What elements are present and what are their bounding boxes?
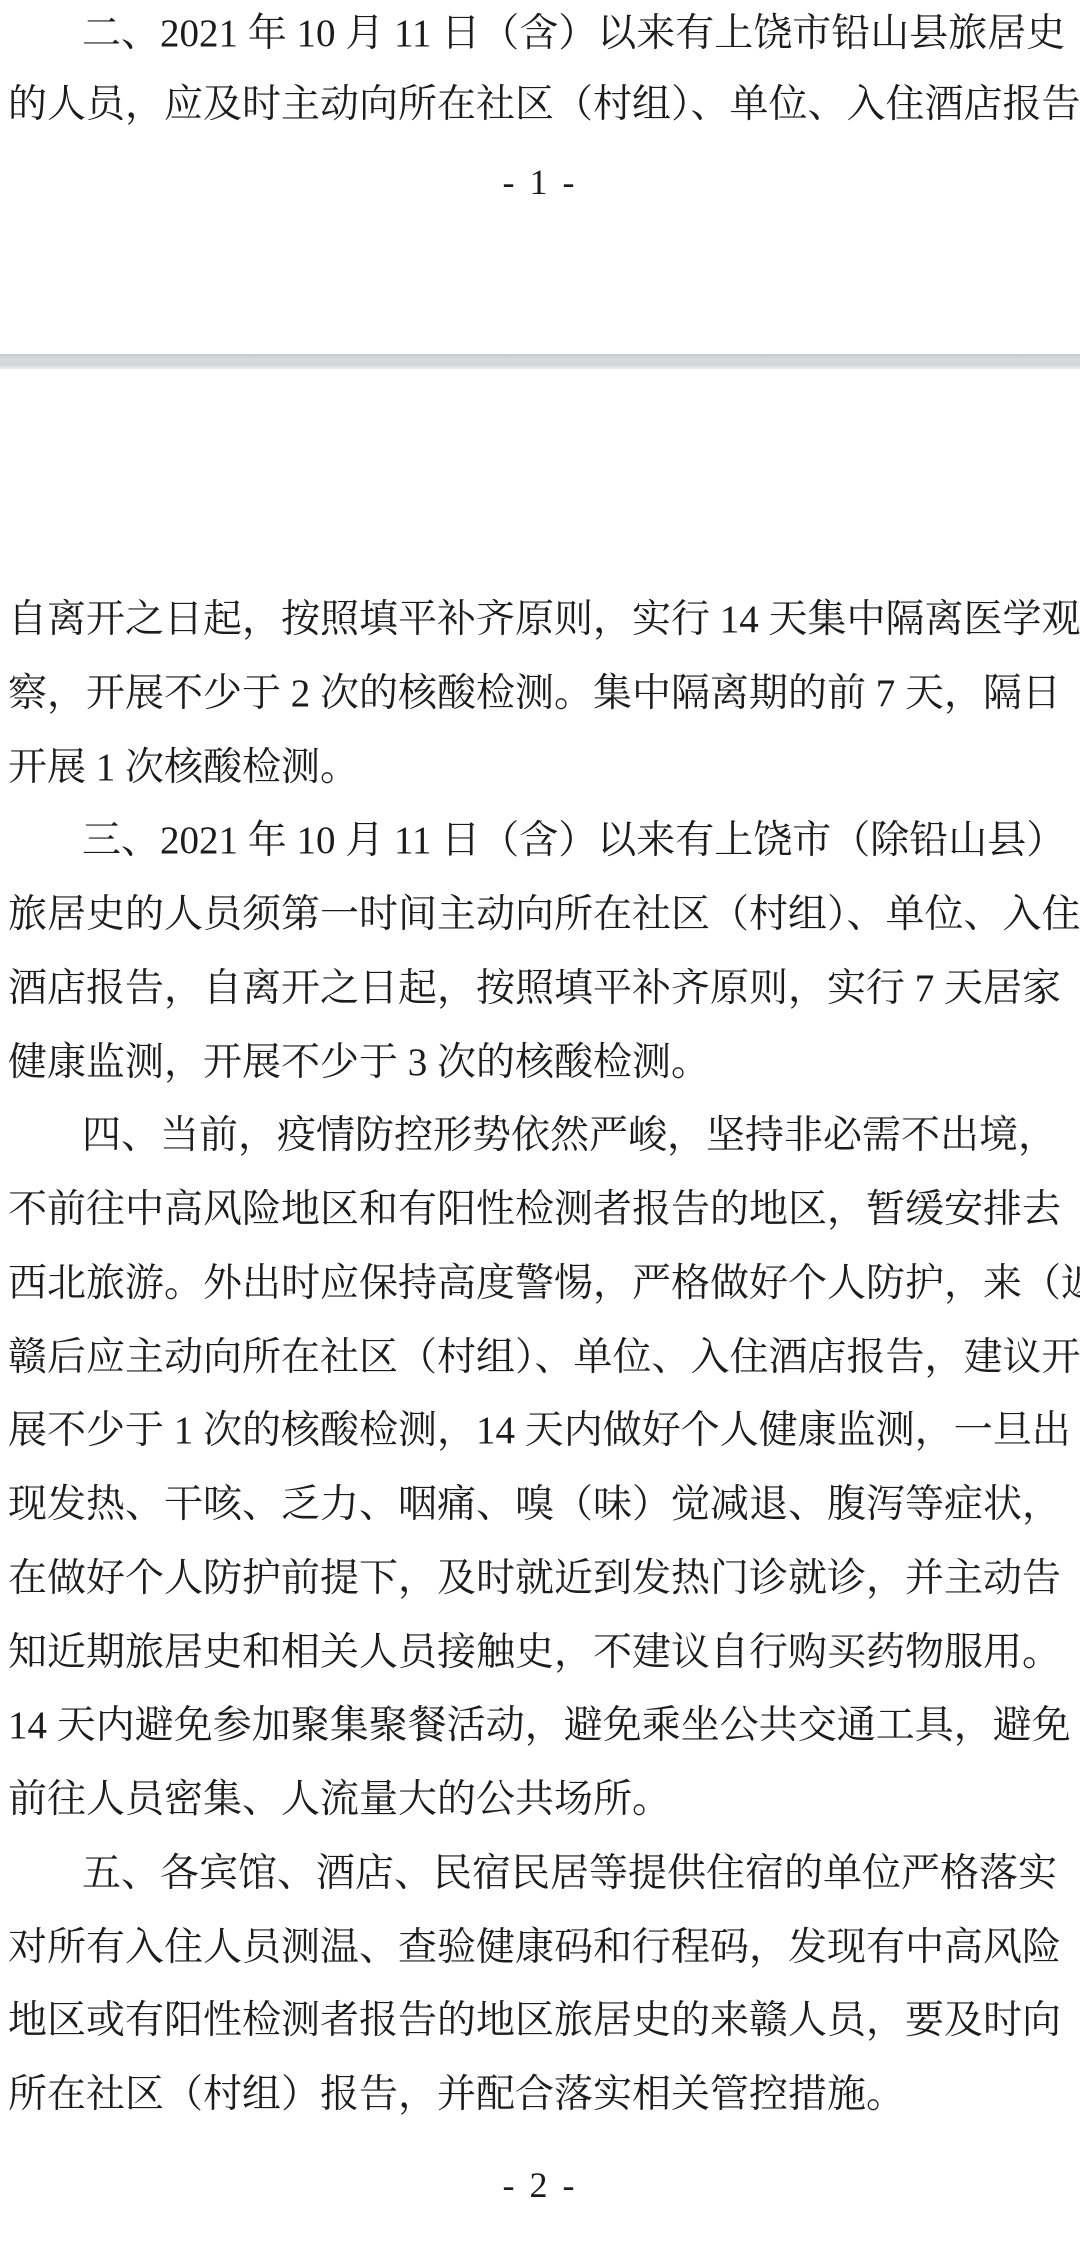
page-number-1: - 1 - — [0, 160, 1080, 204]
text-line: 健康监测，开展不少于 3 次的核酸检测。 — [8, 1026, 1048, 1100]
page1-text-block: 二、2021 年 10 月 11 日（含）以来有上饶市铅山县旅居史 的人员，应及… — [8, 0, 1048, 140]
text-line: 14 天内避免参加聚集聚餐活动，避免乘坐公共交通工具，避免 — [8, 1689, 1048, 1763]
text-line: 对所有入住人员测温、查验健康码和行程码，发现有中高风险 — [8, 1911, 1048, 1985]
text-line: 不前往中高风险地区和有阳性检测者报告的地区，暂缓安排去 — [8, 1173, 1048, 1247]
page2-text-block: 自离开之日起，按照填平补齐原则，实行 14 天集中隔离医学观 察，开展不少于 2… — [8, 583, 1048, 2132]
text-line: 旅居史的人员须第一时间主动向所在社区（村组）、单位、入住 — [8, 878, 1048, 952]
text-line: 前往人员密集、人流量大的公共场所。 — [8, 1763, 1048, 1837]
text-line: 五、各宾馆、酒店、民宿民居等提供住宿的单位严格落实 — [8, 1837, 1048, 1911]
document-scan-view: 二、2021 年 10 月 11 日（含）以来有上饶市铅山县旅居史 的人员，应及… — [0, 0, 1080, 2242]
text-line: 展不少于 1 次的核酸检测，14 天内做好个人健康监测，一旦出 — [8, 1394, 1048, 1468]
text-line: 西北旅游。外出时应保持高度警惕，严格做好个人防护，来（返） — [8, 1247, 1048, 1321]
text-line: 在做好个人防护前提下，及时就近到发热门诊就诊，并主动告 — [8, 1542, 1048, 1616]
text-line: 赣后应主动向所在社区（村组）、单位、入住酒店报告，建议开 — [8, 1321, 1048, 1395]
text-line: 地区或有阳性检测者报告的地区旅居史的来赣人员，要及时向 — [8, 1984, 1048, 2058]
page-number-2: - 2 - — [0, 2163, 1080, 2207]
text-line: 知近期旅居史和相关人员接触史，不建议自行购买药物服用。 — [8, 1616, 1048, 1690]
text-line: 酒店报告，自离开之日起，按照填平补齐原则，实行 7 天居家 — [8, 952, 1048, 1026]
text-line: 的人员，应及时主动向所在社区（村组）、单位、入住酒店报告， — [8, 69, 1048, 140]
text-line: 三、2021 年 10 月 11 日（含）以来有上饶市（除铅山县） — [8, 804, 1048, 878]
page-separator — [0, 354, 1080, 369]
text-line: 察，开展不少于 2 次的核酸检测。集中隔离期的前 7 天，隔日 — [8, 657, 1048, 731]
text-line: 二、2021 年 10 月 11 日（含）以来有上饶市铅山县旅居史 — [8, 0, 1048, 69]
text-line: 现发热、干咳、乏力、咽痛、嗅（味）觉减退、腹泻等症状， — [8, 1468, 1048, 1542]
text-line: 所在社区（村组）报告，并配合落实相关管控措施。 — [8, 2058, 1048, 2132]
text-line: 开展 1 次核酸检测。 — [8, 731, 1048, 805]
text-line: 自离开之日起，按照填平补齐原则，实行 14 天集中隔离医学观 — [8, 583, 1048, 657]
text-line: 四、当前，疫情防控形势依然严峻，坚持非必需不出境， — [8, 1099, 1048, 1173]
